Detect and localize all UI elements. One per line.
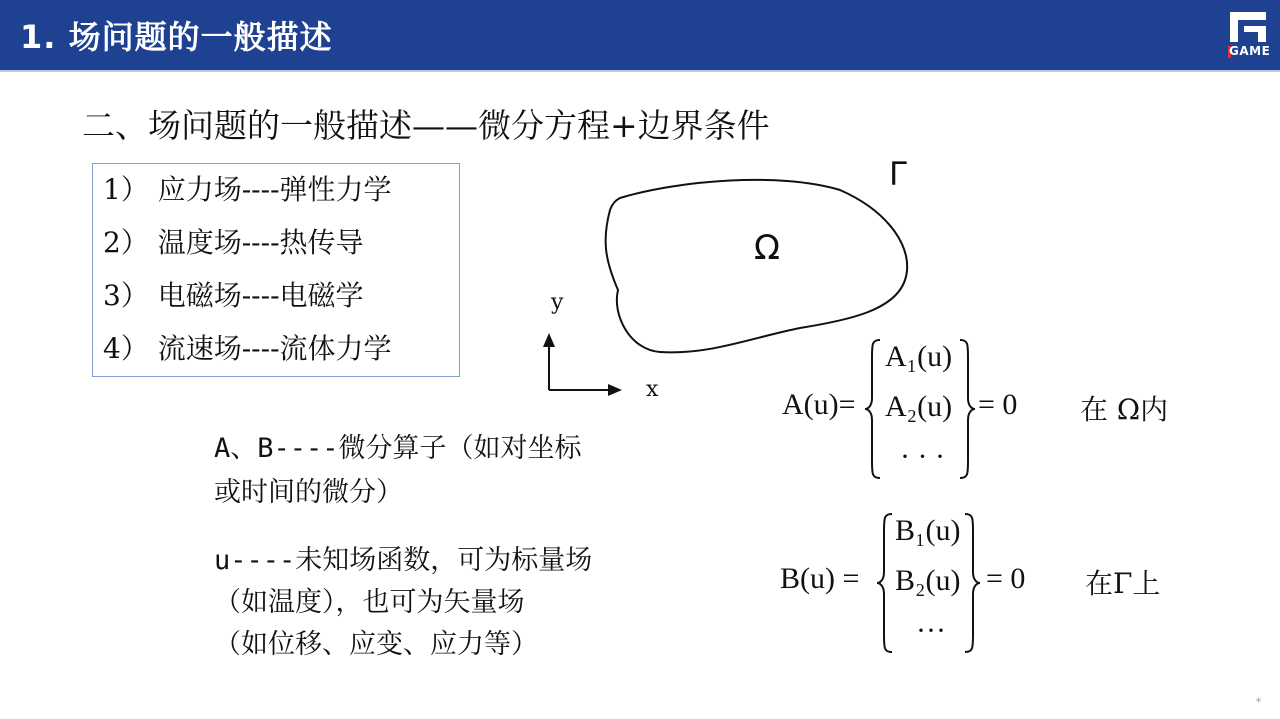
page-marker: * (1256, 697, 1261, 708)
equation-a-rhs: = 0 (978, 388, 1017, 422)
left-brace-icon (876, 512, 894, 654)
operator-note: A、B----微分算子（如对坐标 (214, 426, 582, 465)
field-types-box: 1） 应力场----弹性力学 2） 温度场----热传导 3） 电磁场----电… (92, 163, 460, 377)
field-item: 1） 应力场----弹性力学 (103, 168, 392, 208)
equation-b-boundary: 在Γ上 (1085, 562, 1160, 602)
equation-b-rhs: = 0 (986, 562, 1025, 596)
equation-a-row: A₂(u) (885, 390, 952, 424)
boundary-gamma-label: Γ (889, 155, 907, 193)
slide-header: 1. 场问题的一般描述 GAME (0, 0, 1280, 72)
operator-note: 或时间的微分） (214, 470, 403, 509)
axis-arrows-icon (543, 333, 622, 396)
field-item: 3） 电磁场----电磁学 (103, 274, 364, 314)
x-axis-label: x (646, 377, 658, 402)
equation-a-row: · · · (900, 440, 945, 474)
logo-text: GAME (1229, 44, 1270, 58)
field-item: 2） 温度场----热传导 (103, 221, 364, 261)
equation-a-lhs: A(u)= (782, 388, 856, 422)
equation-b-row: B₁(u) (895, 514, 960, 548)
equation-a-domain: 在 Ω内 (1080, 388, 1168, 428)
left-brace-icon (864, 338, 882, 480)
slide-title: 1. 场问题的一般描述 (20, 12, 333, 58)
unknown-function-note: （如位移、应变、应力等） (214, 622, 538, 661)
right-brace-icon (958, 338, 976, 480)
y-axis-label: y (551, 290, 563, 315)
domain-omega-label: Ω (754, 228, 780, 268)
equation-b-row: ··· (916, 614, 946, 648)
unknown-function-note: （如温度），也可为矢量场 (214, 580, 525, 619)
equation-b-lhs: B(u) = (780, 562, 859, 596)
field-item: 4） 流速场----流体力学 (103, 327, 392, 367)
unknown-function-note: u----未知场函数，可为标量场 (214, 538, 592, 577)
equation-a-row: A₁(u) (885, 340, 952, 374)
section-subtitle: 二、场问题的一般描述——微分方程+边界条件 (82, 100, 770, 147)
equation-b-row: B₂(u) (895, 564, 960, 598)
right-brace-icon (963, 512, 981, 654)
